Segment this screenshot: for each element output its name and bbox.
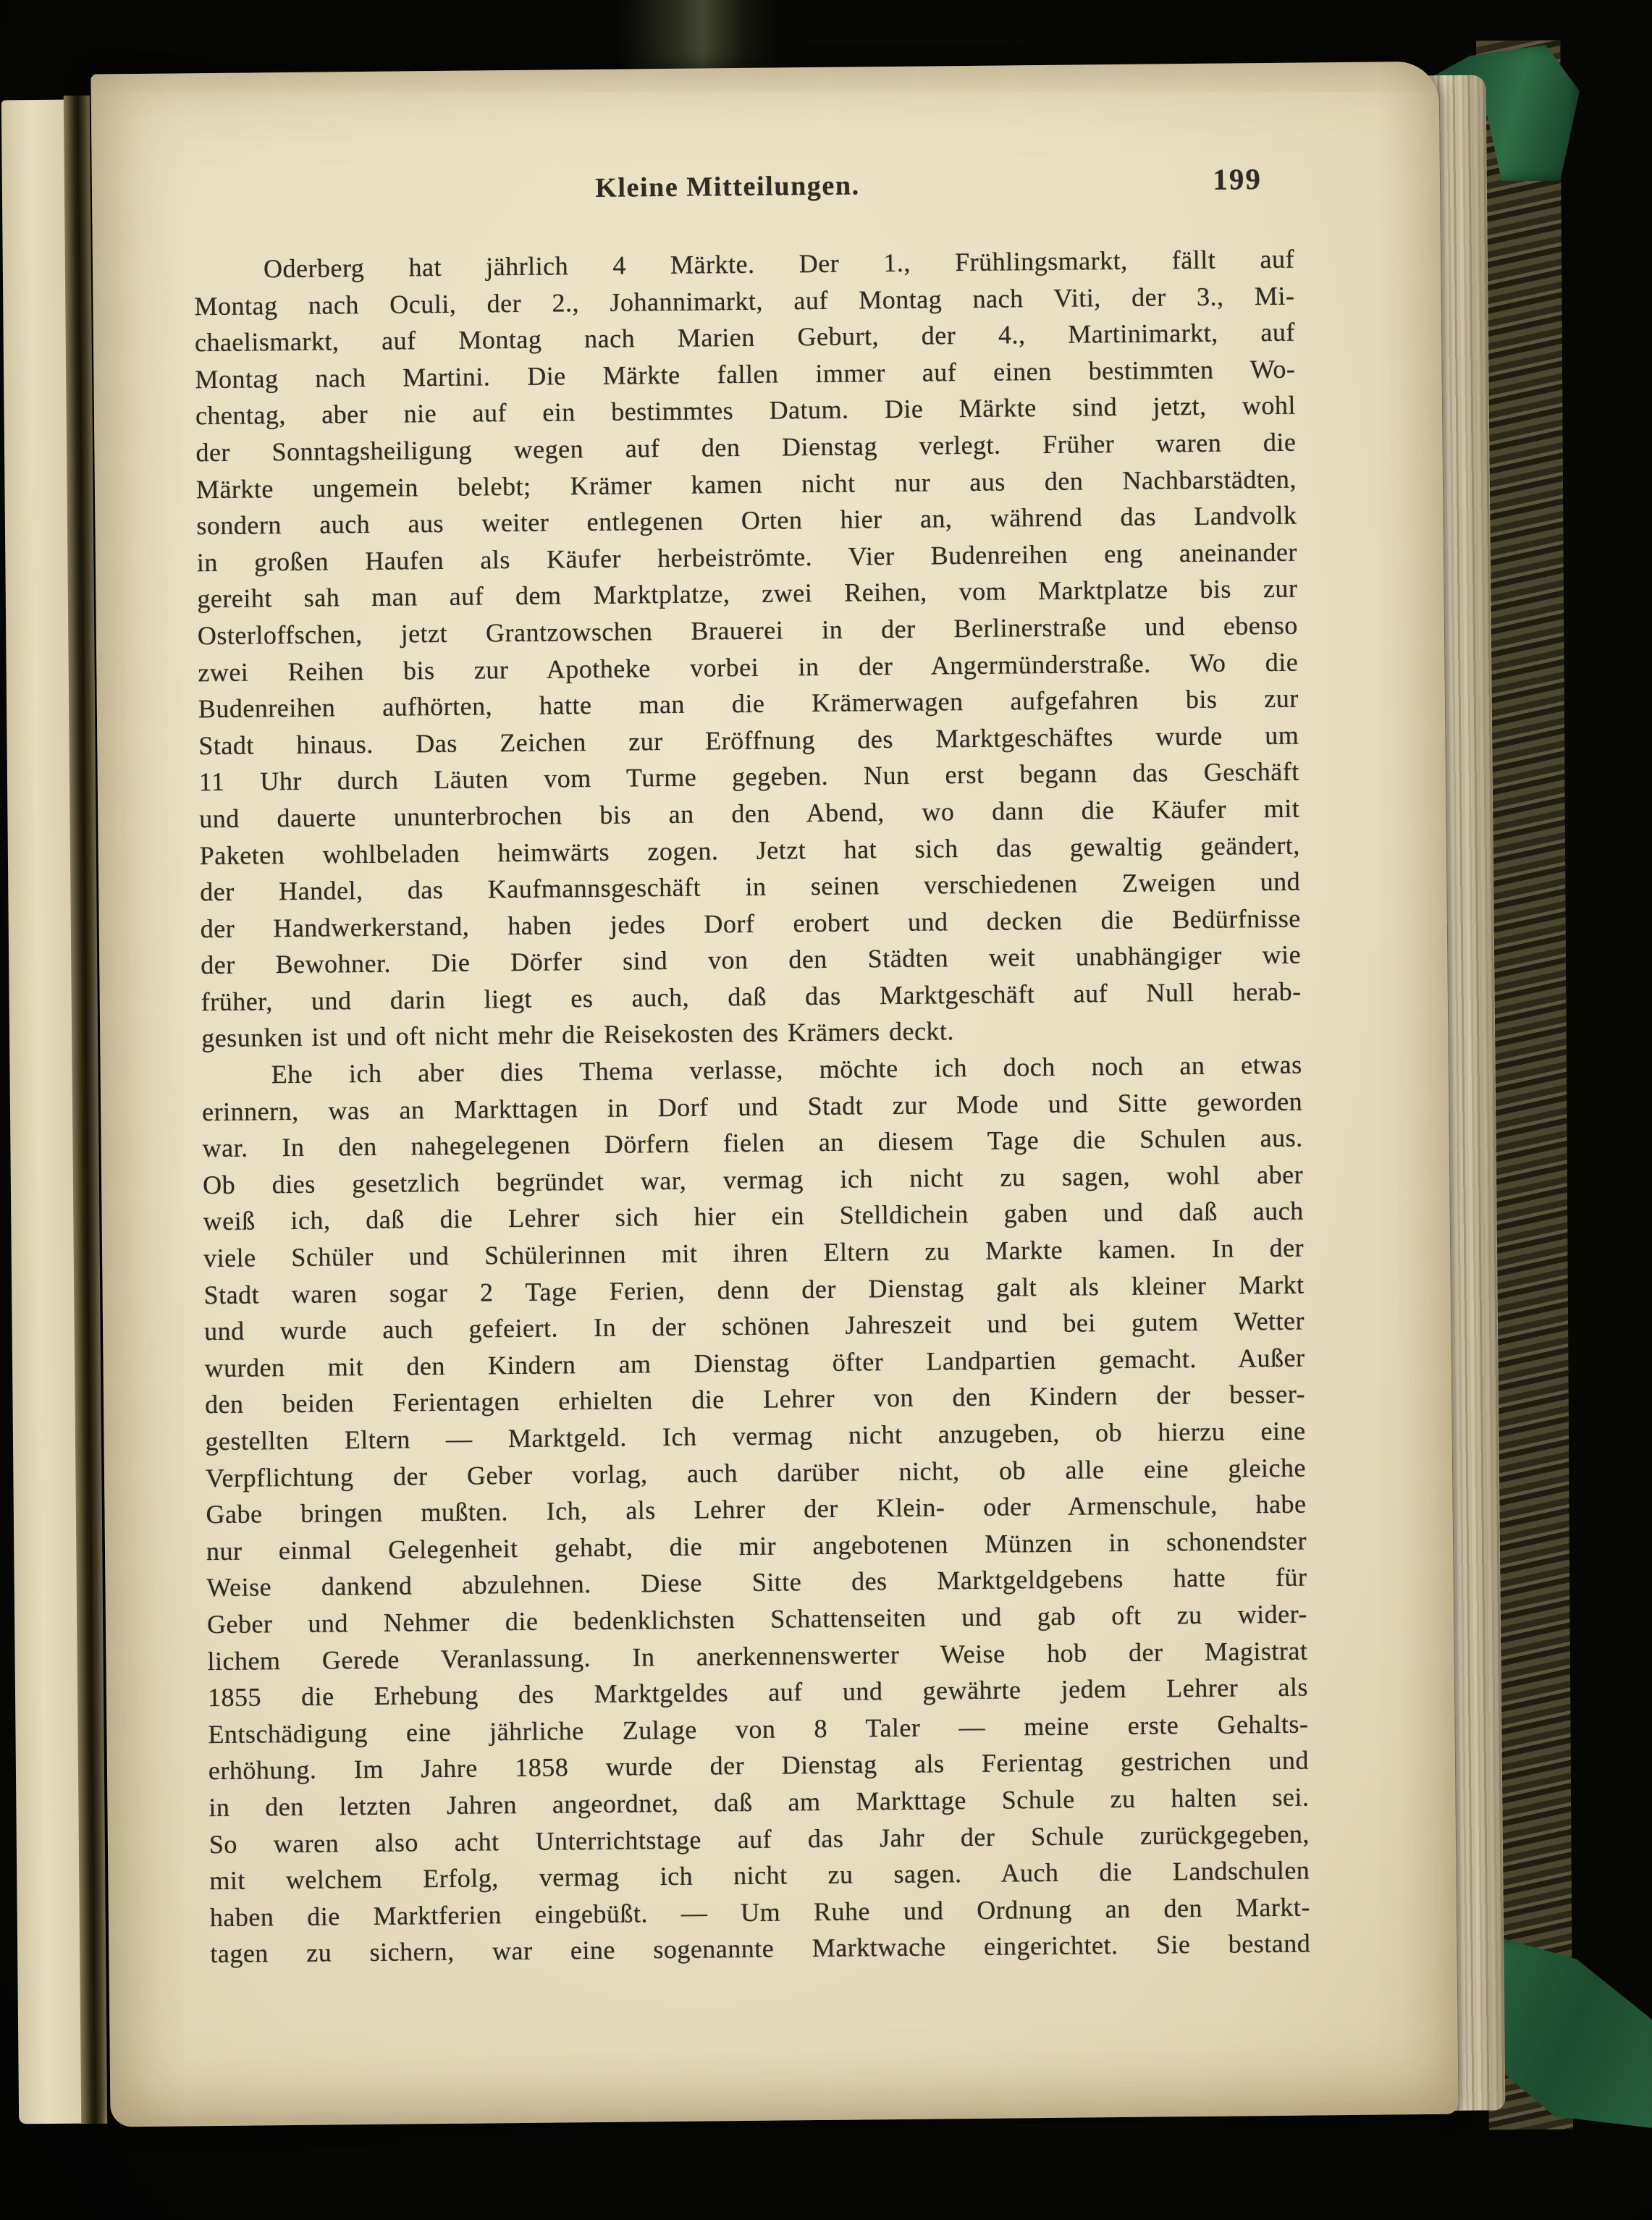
book-page: Kleine Mitteilungen. 199 Oderberg hat jä… (90, 62, 1458, 2127)
body-text: Oderberg hat jährlich 4 Märkte. Der 1., … (194, 241, 1311, 1972)
paragraph: Ehe ich aber dies Thema verlasse, möchte… (201, 1047, 1310, 1972)
page-number: 199 (1213, 161, 1262, 197)
page-content: Kleine Mitteilungen. 199 Oderberg hat jä… (193, 164, 1311, 1972)
running-header: Kleine Mitteilungen. 199 (193, 164, 1294, 210)
photographed-book-page: Kleine Mitteilungen. 199 Oderberg hat jä… (0, 0, 1652, 2220)
paragraph: Oderberg hat jährlich 4 Märkte. Der 1., … (194, 241, 1302, 1058)
page-title: Kleine Mitteilungen. (177, 164, 1278, 210)
